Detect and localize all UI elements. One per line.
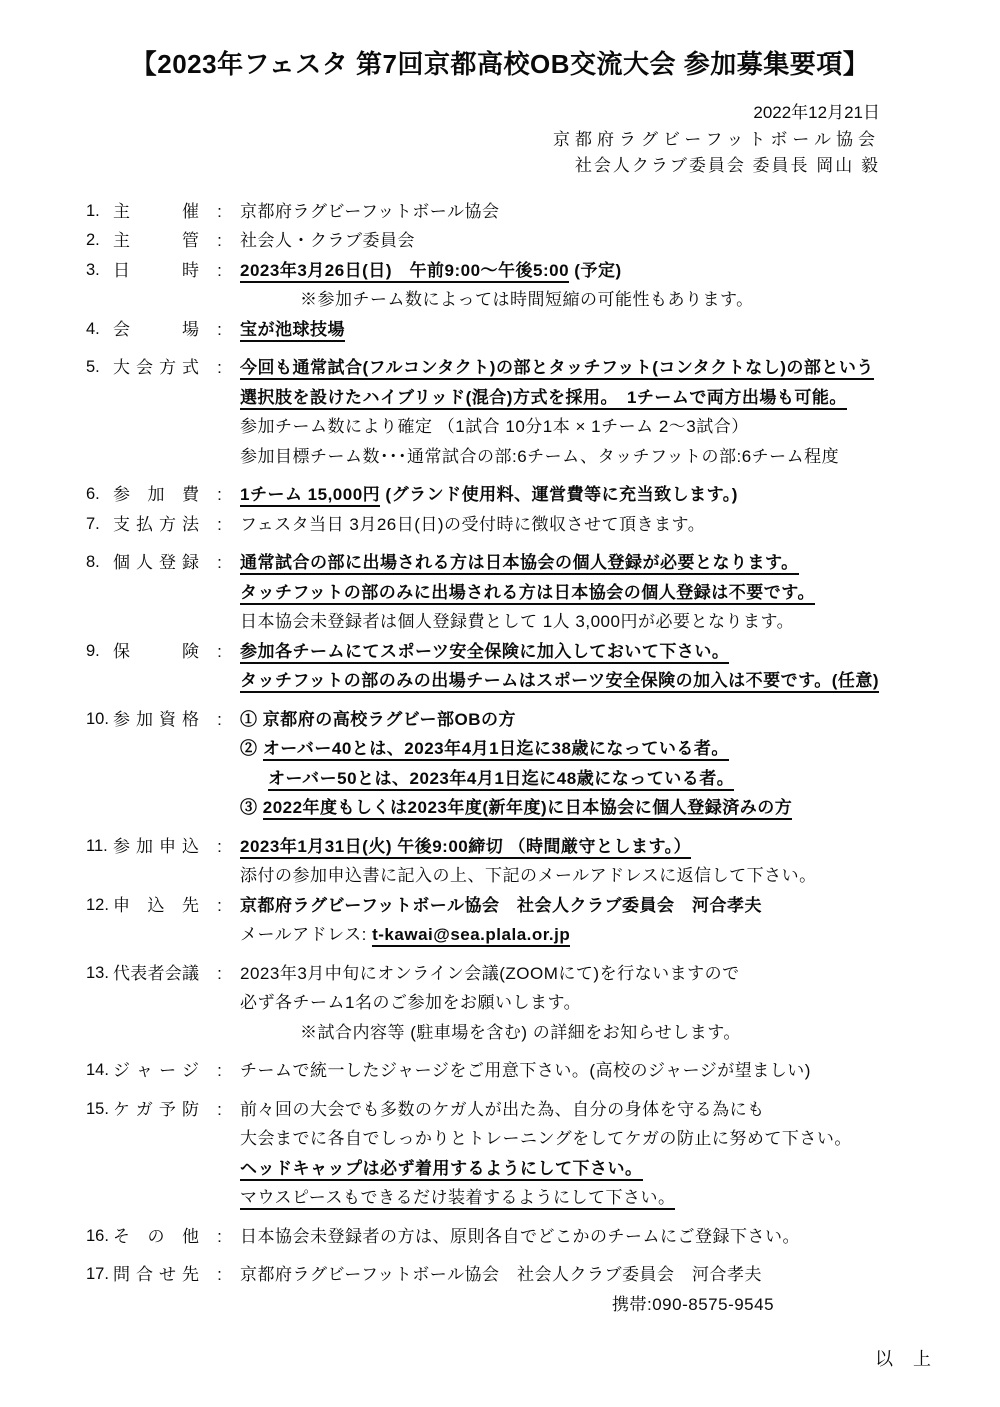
item-row: 15.ケガ予防:前々回の大会でも多数のケガ人が出た為、自分の身体を守る為にも大会…	[86, 1095, 980, 1213]
content-line: 日本協会未登録者の方は、原則各自でどこかのチームにご登録下さい。	[240, 1222, 980, 1252]
item-content: 宝が池球技場	[240, 315, 980, 345]
text-segment: 今回も通常試合(フルコンタクト)の部とタッチフット(コンタクトなし)の部という	[240, 358, 874, 380]
item-colon: :	[199, 256, 240, 315]
content-line: 添付の参加申込書に記入の上、下記のメールアドレスに返信して下さい。	[240, 861, 980, 891]
item-colon: :	[199, 197, 240, 227]
item-content: 2023年3月26日(日) 午前9:00～午後5:00 (予定)※参加チーム数に…	[240, 256, 980, 315]
text-segment: 宝が池球技場	[240, 320, 345, 342]
item-label: 代表者会議	[113, 959, 199, 1048]
content-line: 今回も通常試合(フルコンタクト)の部とタッチフット(コンタクトなし)の部という	[240, 353, 980, 383]
content-line: チームで統一したジャージをご用意下さい。(高校のジャージが望ましい)	[240, 1056, 980, 1086]
item-number: 5.	[86, 353, 113, 471]
content-line: マウスピースもできるだけ装着するようにして下さい。	[240, 1183, 980, 1213]
item-number: 8.	[86, 548, 113, 637]
text-segment: 1チーム 15,000円	[240, 485, 380, 507]
item-row: 7.支払方法:フェスタ当日 3月26日(日)の受付時に徴収させて頂きます。	[86, 510, 980, 540]
text-segment: ※参加チーム数によっては時間短縮の可能性もあります。	[300, 290, 754, 309]
text-segment: ③	[240, 798, 263, 817]
item-number: 13.	[86, 959, 113, 1048]
item-content: 京都府ラグビーフットボール協会	[240, 197, 980, 227]
item-row: 8.個人登録:通常試合の部に出場される方は日本協会の個人登録が必要となります。タ…	[86, 548, 980, 637]
text-segment: チームで統一したジャージをご用意下さい。(高校のジャージが望ましい)	[240, 1061, 811, 1080]
content-line: 携帯:090-8575-9545	[240, 1290, 980, 1320]
item-label: 個人登録	[113, 548, 199, 637]
text-segment: マウスピースもできるだけ装着するようにして下さい。	[240, 1188, 675, 1210]
content-line: 1チーム 15,000円 (グランド使用料、運営費等に充当致します。)	[240, 480, 980, 510]
page-title: 【2023年フェスタ 第7回京都高校OB交流大会 参加募集要項】	[0, 46, 1000, 82]
header-right: 2022年12月21日 京都府ラグビーフットボール協会 社会人クラブ委員会 委員…	[0, 100, 1000, 180]
content-line: 社会人・クラブ委員会	[240, 226, 980, 256]
content-line: 参加目標チーム数･･･通常試合の部:6チーム、タッチフットの部:6チーム程度	[240, 442, 980, 472]
item-colon: :	[199, 959, 240, 1048]
content-line: ② オーバー40とは、2023年4月1日迄に38歳になっている者。	[240, 734, 980, 764]
footer-closing: 以 上	[0, 1345, 1000, 1371]
item-label: 日時	[113, 256, 199, 315]
content-line: メールアドレス: t-kawai@sea.plala.or.jp	[240, 920, 980, 950]
item-number: 10.	[86, 705, 113, 823]
items-list: 1.主催:京都府ラグビーフットボール協会2.主管:社会人・クラブ委員会3.日時:…	[0, 197, 1000, 1320]
text-segment: (グランド使用料、運営費等に充当致します。)	[380, 485, 738, 504]
item-label: 大会方式	[113, 353, 199, 471]
text-segment: オーバー40とは、2023年4月1日迄に38歳になっている者。	[263, 739, 729, 761]
item-colon: :	[199, 705, 240, 823]
item-number: 7.	[86, 510, 113, 540]
item-label: 支払方法	[113, 510, 199, 540]
text-segment: タッチフットの部のみの出場チームはスポーツ安全保険の加入は不要です。(任意)	[240, 671, 879, 693]
item-colon: :	[199, 637, 240, 696]
item-row: 2.主管:社会人・クラブ委員会	[86, 226, 980, 256]
item-number: 14.	[86, 1056, 113, 1086]
content-line: 宝が池球技場	[240, 315, 980, 345]
item-label: 参加資格	[113, 705, 199, 823]
item-label: 参加申込	[113, 832, 199, 891]
content-line: 大会までに各自でしっかりとトレーニングをしてケガの防止に努めて下さい。	[240, 1124, 980, 1154]
item-content: 社会人・クラブ委員会	[240, 226, 980, 256]
content-line: 必ず各チーム1名のご参加をお願いします。	[240, 988, 980, 1018]
content-line: 京都府ラグビーフットボール協会 社会人クラブ委員会 河合孝夫	[240, 1260, 980, 1290]
content-line: 2023年3月26日(日) 午前9:00～午後5:00 (予定)	[240, 256, 980, 286]
item-number: 15.	[86, 1095, 113, 1213]
item-label: 保険	[113, 637, 199, 696]
item-colon: :	[199, 353, 240, 471]
content-line: ヘッドキャップは必ず着用するようにして下さい。	[240, 1154, 980, 1184]
text-segment: 参加目標チーム数･･･通常試合の部:6チーム、タッチフットの部:6チーム程度	[240, 447, 839, 466]
text-segment: 2023年1月31日(火) 午後9:00締切 （時間厳守とします。）	[240, 837, 691, 859]
item-content: 今回も通常試合(フルコンタクト)の部とタッチフット(コンタクトなし)の部という選…	[240, 353, 980, 471]
item-row: 14.ジャージ:チームで統一したジャージをご用意下さい。(高校のジャージが望まし…	[86, 1056, 980, 1086]
content-line: ③ 2022年度もしくは2023年度(新年度)に日本協会に個人登録済みの方	[240, 793, 980, 823]
item-row: 1.主催:京都府ラグビーフットボール協会	[86, 197, 980, 227]
item-number: 12.	[86, 891, 113, 950]
content-line: 2023年3月中旬にオンライン会議(ZOOMにて)を行ないますので	[240, 959, 980, 989]
item-number: 4.	[86, 315, 113, 345]
content-line: 京都府ラグビーフットボール協会	[240, 197, 980, 227]
item-content: 京都府ラグビーフットボール協会 社会人クラブ委員会 河合孝夫メールアドレス: t…	[240, 891, 980, 950]
text-segment: 参加各チームにてスポーツ安全保険に加入しておいて下さい。	[240, 642, 729, 664]
content-line: ※試合内容等 (駐車場を含む) の詳細をお知らせします。	[240, 1018, 980, 1048]
item-content: 京都府ラグビーフットボール協会 社会人クラブ委員会 河合孝夫携帯:090-857…	[240, 1260, 980, 1319]
item-label: 申込先	[113, 891, 199, 950]
item-content: フェスタ当日 3月26日(日)の受付時に徴収させて頂きます。	[240, 510, 980, 540]
item-colon: :	[199, 1222, 240, 1252]
item-content: チームで統一したジャージをご用意下さい。(高校のジャージが望ましい)	[240, 1056, 980, 1086]
text-segment: 社会人・クラブ委員会	[240, 231, 415, 250]
content-line: フェスタ当日 3月26日(日)の受付時に徴収させて頂きます。	[240, 510, 980, 540]
item-row: 10.参加資格:① 京都府の高校ラグビー部OBの方② オーバー40とは、2023…	[86, 705, 980, 823]
content-line: 通常試合の部に出場される方は日本協会の個人登録が必要となります。	[240, 548, 980, 578]
text-segment: 京都府の高校ラグビー部OBの方	[263, 710, 516, 729]
item-row: 5.大会方式:今回も通常試合(フルコンタクト)の部とタッチフット(コンタクトなし…	[86, 353, 980, 471]
text-segment: 選択肢を設けたハイブリッド(混合)方式を採用。 1チームで両方出場も可能。	[240, 388, 847, 410]
text-segment: 参加チーム数により確定 （1試合 10分1本 × 1チーム 2～3試合）	[240, 417, 749, 436]
content-line: 前々回の大会でも多数のケガ人が出た為、自分の身体を守る為にも	[240, 1095, 980, 1125]
text-segment: (予定)	[569, 261, 622, 280]
item-colon: :	[199, 832, 240, 891]
item-number: 3.	[86, 256, 113, 315]
item-label: ジャージ	[113, 1056, 199, 1086]
text-segment: t-kawai@sea.plala.or.jp	[372, 925, 570, 947]
organization-name: 京都府ラグビーフットボール協会	[0, 127, 880, 154]
item-colon: :	[199, 315, 240, 345]
text-segment: 必ず各チーム1名のご参加をお願いします。	[240, 993, 581, 1012]
item-label: 参加費	[113, 480, 199, 510]
content-line: タッチフットの部のみに出場される方は日本協会の個人登録は不要です。	[240, 578, 980, 608]
item-number: 17.	[86, 1260, 113, 1319]
item-content: 参加各チームにてスポーツ安全保険に加入しておいて下さい。タッチフットの部のみの出…	[240, 637, 980, 696]
text-segment: 京都府ラグビーフットボール協会 社会人クラブ委員会 河合孝夫	[240, 1265, 762, 1284]
item-colon: :	[199, 226, 240, 256]
item-row: 13.代表者会議:2023年3月中旬にオンライン会議(ZOOMにて)を行ないます…	[86, 959, 980, 1048]
item-row: 17.問合せ先:京都府ラグビーフットボール協会 社会人クラブ委員会 河合孝夫携帯…	[86, 1260, 980, 1319]
text-segment: 2023年3月26日(日) 午前9:00～午後5:00	[240, 261, 569, 283]
text-segment: 大会までに各自でしっかりとトレーニングをしてケガの防止に努めて下さい。	[240, 1129, 852, 1148]
item-colon: :	[199, 891, 240, 950]
item-content: 2023年3月中旬にオンライン会議(ZOOMにて)を行ないますので必ず各チーム1…	[240, 959, 980, 1048]
content-line: 日本協会未登録者は個人登録費として 1人 3,000円が必要となります。	[240, 607, 980, 637]
item-label: 主催	[113, 197, 199, 227]
text-segment: 2023年3月中旬にオンライン会議(ZOOMにて)を行ないますので	[240, 964, 740, 983]
text-segment: 添付の参加申込書に記入の上、下記のメールアドレスに返信して下さい。	[240, 866, 817, 885]
text-segment: ①	[240, 710, 263, 729]
item-colon: :	[199, 1260, 240, 1319]
committee-signature: 社会人クラブ委員会 委員長 岡山 毅	[0, 153, 880, 180]
item-label: ケガ予防	[113, 1095, 199, 1213]
text-segment: フェスタ当日 3月26日(日)の受付時に徴収させて頂きます。	[240, 515, 705, 534]
content-line: ※参加チーム数によっては時間短縮の可能性もあります。	[240, 285, 980, 315]
item-label: 主管	[113, 226, 199, 256]
issue-date: 2022年12月21日	[0, 100, 880, 127]
text-segment: 京都府ラグビーフットボール協会 社会人クラブ委員会 河合孝夫	[240, 896, 762, 915]
text-segment: 前々回の大会でも多数のケガ人が出た為、自分の身体を守る為にも	[240, 1100, 765, 1119]
item-label: 会場	[113, 315, 199, 345]
text-segment: 通常試合の部に出場される方は日本協会の個人登録が必要となります。	[240, 553, 799, 575]
item-content: 通常試合の部に出場される方は日本協会の個人登録が必要となります。タッチフットの部…	[240, 548, 980, 637]
text-segment: 日本協会未登録者の方は、原則各自でどこかのチームにご登録下さい。	[240, 1227, 800, 1246]
item-colon: :	[199, 548, 240, 637]
content-line: 参加チーム数により確定 （1試合 10分1本 × 1チーム 2～3試合）	[240, 412, 980, 442]
text-segment: オーバー50とは、2023年4月1日迄に48歳になっている者。	[268, 769, 734, 791]
text-segment: ②	[240, 739, 263, 758]
item-colon: :	[199, 1056, 240, 1086]
item-number: 9.	[86, 637, 113, 696]
text-segment: 2022年度もしくは2023年度(新年度)に日本協会に個人登録済みの方	[263, 798, 792, 820]
item-row: 3.日時:2023年3月26日(日) 午前9:00～午後5:00 (予定)※参加…	[86, 256, 980, 315]
item-row: 11.参加申込:2023年1月31日(火) 午後9:00締切 （時間厳守とします…	[86, 832, 980, 891]
item-row: 12.申込先:京都府ラグビーフットボール協会 社会人クラブ委員会 河合孝夫メール…	[86, 891, 980, 950]
item-label: その他	[113, 1222, 199, 1252]
item-number: 16.	[86, 1222, 113, 1252]
item-number: 11.	[86, 832, 113, 891]
text-segment: 日本協会未登録者は個人登録費として 1人 3,000円が必要となります。	[240, 612, 794, 631]
item-colon: :	[199, 480, 240, 510]
text-segment: タッチフットの部のみに出場される方は日本協会の個人登録は不要です。	[240, 583, 815, 605]
content-line: 選択肢を設けたハイブリッド(混合)方式を採用。 1チームで両方出場も可能。	[240, 383, 980, 413]
item-colon: :	[199, 510, 240, 540]
item-row: 16.その他:日本協会未登録者の方は、原則各自でどこかのチームにご登録下さい。	[86, 1222, 980, 1252]
item-colon: :	[199, 1095, 240, 1213]
item-content: 前々回の大会でも多数のケガ人が出た為、自分の身体を守る為にも大会までに各自でしっ…	[240, 1095, 980, 1213]
content-line: オーバー50とは、2023年4月1日迄に48歳になっている者。	[240, 764, 980, 794]
item-label: 問合せ先	[113, 1260, 199, 1319]
content-line: ① 京都府の高校ラグビー部OBの方	[240, 705, 980, 735]
item-number: 2.	[86, 226, 113, 256]
item-content: 日本協会未登録者の方は、原則各自でどこかのチームにご登録下さい。	[240, 1222, 980, 1252]
item-content: 2023年1月31日(火) 午後9:00締切 （時間厳守とします。）添付の参加申…	[240, 832, 980, 891]
document-page: 【2023年フェスタ 第7回京都高校OB交流大会 参加募集要項】 2022年12…	[0, 0, 1000, 1407]
text-segment: 京都府ラグビーフットボール協会	[240, 202, 499, 221]
content-line: 京都府ラグビーフットボール協会 社会人クラブ委員会 河合孝夫	[240, 891, 980, 921]
text-segment: ヘッドキャップは必ず着用するようにして下さい。	[240, 1159, 643, 1181]
item-row: 4.会場:宝が池球技場	[86, 315, 980, 345]
text-segment: ※試合内容等 (駐車場を含む) の詳細をお知らせします。	[300, 1023, 741, 1042]
text-segment: 携帯:090-8575-9545	[612, 1295, 774, 1314]
content-line: タッチフットの部のみの出場チームはスポーツ安全保険の加入は不要です。(任意)	[240, 666, 980, 696]
content-line: 参加各チームにてスポーツ安全保険に加入しておいて下さい。	[240, 637, 980, 667]
item-content: ① 京都府の高校ラグビー部OBの方② オーバー40とは、2023年4月1日迄に3…	[240, 705, 980, 823]
text-segment: メールアドレス:	[240, 925, 372, 944]
item-content: 1チーム 15,000円 (グランド使用料、運営費等に充当致します。)	[240, 480, 980, 510]
item-row: 9.保険:参加各チームにてスポーツ安全保険に加入しておいて下さい。タッチフットの…	[86, 637, 980, 696]
item-number: 1.	[86, 197, 113, 227]
item-number: 6.	[86, 480, 113, 510]
item-row: 6.参加費:1チーム 15,000円 (グランド使用料、運営費等に充当致します。…	[86, 480, 980, 510]
content-line: 2023年1月31日(火) 午後9:00締切 （時間厳守とします。）	[240, 832, 980, 862]
